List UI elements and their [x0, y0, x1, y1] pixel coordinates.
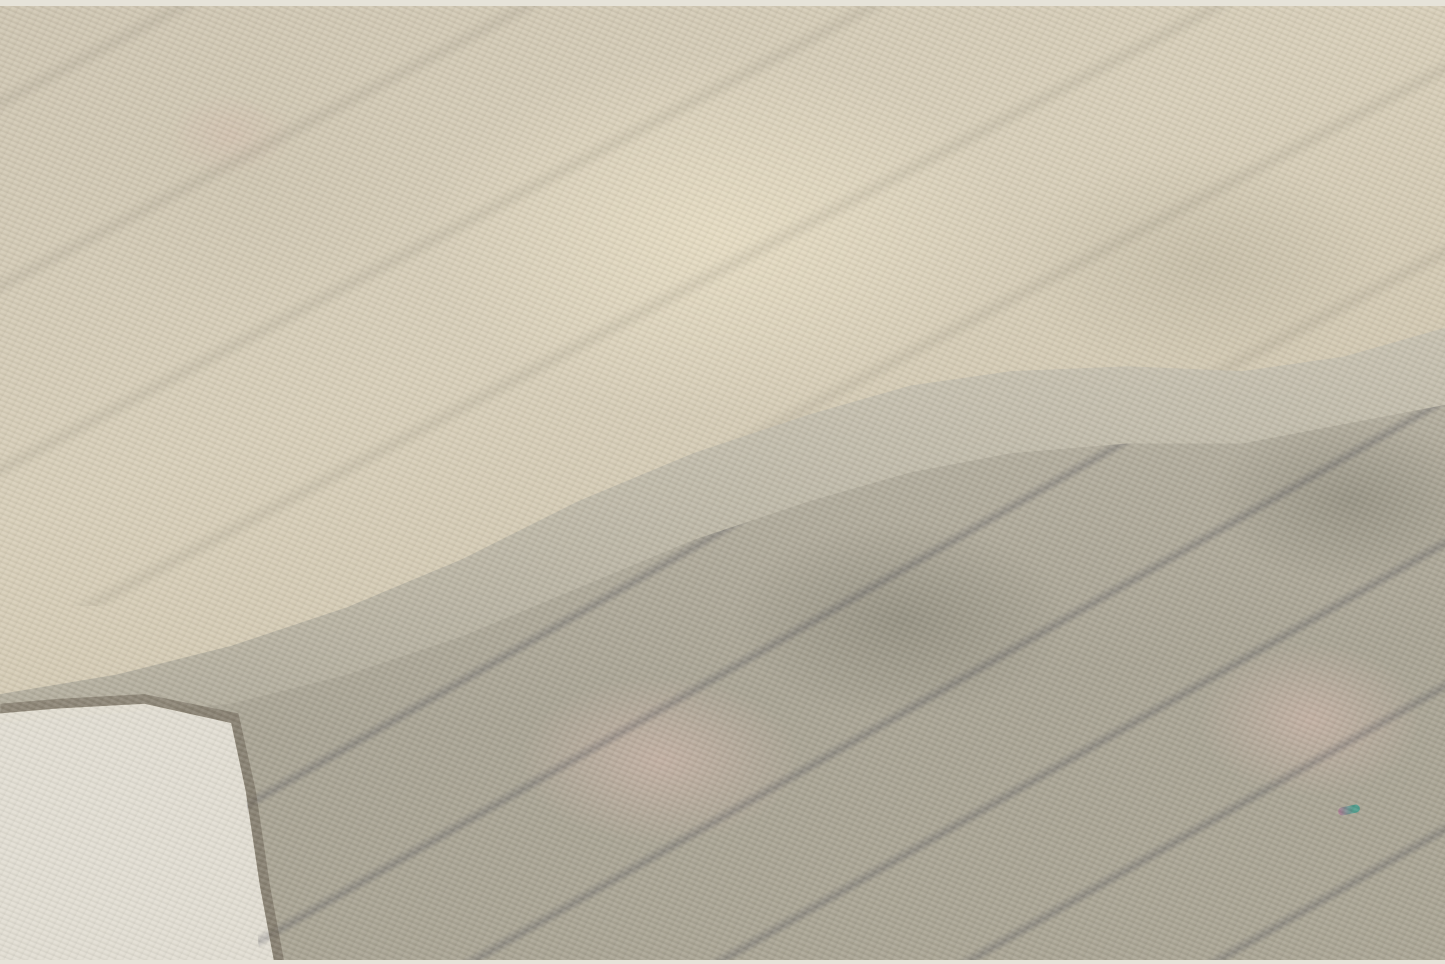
backdrop-bottom-edge	[0, 960, 1445, 964]
backdrop-top-edge	[0, 0, 1445, 6]
photo-scene	[0, 0, 1445, 964]
